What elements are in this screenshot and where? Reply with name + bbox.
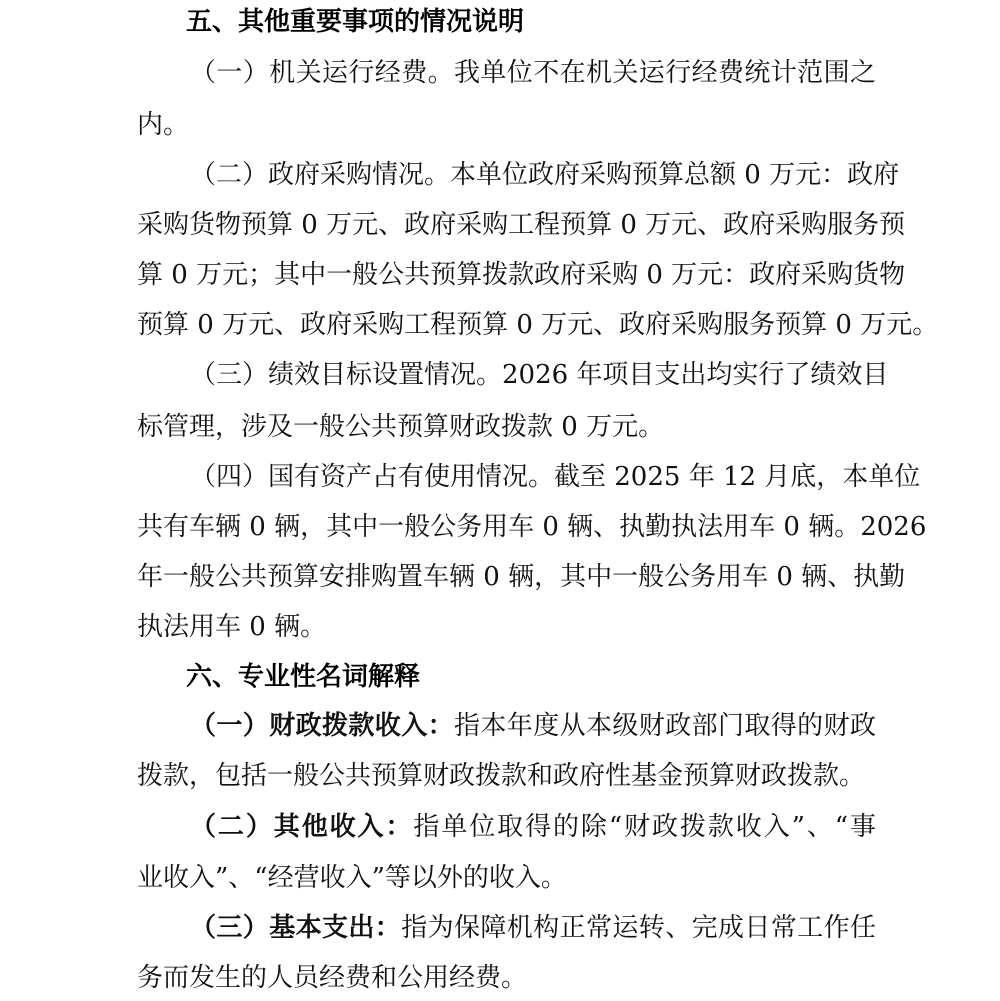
paragraph-performance-line-1: （三）绩效目标设置情况。2026 年项目支出均实行了绩效目 bbox=[190, 358, 876, 392]
paragraph-procurement-line-2: 采购货物预算 0 万元、政府采购工程预算 0 万元、政府采购服务预 bbox=[137, 208, 876, 242]
paragraph-assets-line-1: （四）国有资产占有使用情况。截至 2025 年 12 月底，本单位 bbox=[190, 460, 876, 494]
section-heading-other-matters: 五、其他重要事项的情况说明 bbox=[186, 5, 925, 39]
term-fiscal-appropriation-line-1: （一）财政拨款收入：指本年度从本级财政部门取得的财政 bbox=[190, 709, 876, 743]
paragraph-procurement-line-1: （二）政府采购情况。本单位政府采购预算总额 0 万元：政府 bbox=[190, 158, 876, 192]
term-other-income-line-1: （二）其他收入：指单位取得的除“财政拨款收入”、“事 bbox=[190, 810, 876, 844]
paragraph-operating-expenses-line-2: 内。 bbox=[137, 108, 876, 142]
term-basic-expenditure-line-2: 务而发生的人员经费和公用经费。 bbox=[137, 961, 876, 995]
paragraph-performance-line-2: 标管理，涉及一般公共预算财政拨款 0 万元。 bbox=[137, 410, 876, 444]
term-other-income-line-2: 业收入”、“经营收入”等以外的收入。 bbox=[137, 861, 876, 895]
term-label: （一）财政拨款收入： bbox=[190, 711, 454, 741]
paragraph-procurement-line-3: 算 0 万元；其中一般公共预算拨款政府采购 0 万元：政府采购货物 bbox=[137, 258, 876, 292]
term-basic-expenditure-line-1: （三）基本支出：指为保障机构正常运转、完成日常工作任 bbox=[190, 911, 876, 945]
section-heading-terms: 六、专业性名词解释 bbox=[186, 660, 925, 694]
paragraph-assets-line-3: 年一般公共预算安排购置车辆 0 辆，其中一般公务用车 0 辆、执勤 bbox=[137, 560, 876, 594]
paragraph-procurement-line-4: 预算 0 万元、政府采购工程预算 0 万元、政府采购服务预算 0 万元。 bbox=[137, 308, 876, 342]
term-label: （三）基本支出： bbox=[190, 913, 401, 943]
paragraph-assets-line-4: 执法用车 0 辆。 bbox=[137, 610, 876, 644]
term-definition: 指为保障机构正常运转、完成日常工作任 bbox=[401, 913, 876, 943]
term-label: （二）其他收入： bbox=[190, 812, 413, 842]
term-definition: 指单位取得的除“财政拨款收入”、“事 bbox=[413, 812, 876, 842]
term-fiscal-appropriation-line-2: 拨款，包括一般公共预算财政拨款和政府性基金预算财政拨款。 bbox=[137, 759, 876, 793]
paragraph-operating-expenses-line-1: （一）机关运行经费。我单位不在机关运行经费统计范围之 bbox=[190, 56, 876, 90]
term-definition: 指本年度从本级财政部门取得的财政 bbox=[454, 711, 876, 741]
paragraph-assets-line-2: 共有车辆 0 辆，其中一般公务用车 0 辆、执勤执法用车 0 辆。2026 bbox=[137, 510, 876, 544]
document-page: 五、其他重要事项的情况说明 （一）机关运行经费。我单位不在机关运行经费统计范围之… bbox=[0, 0, 1000, 1001]
